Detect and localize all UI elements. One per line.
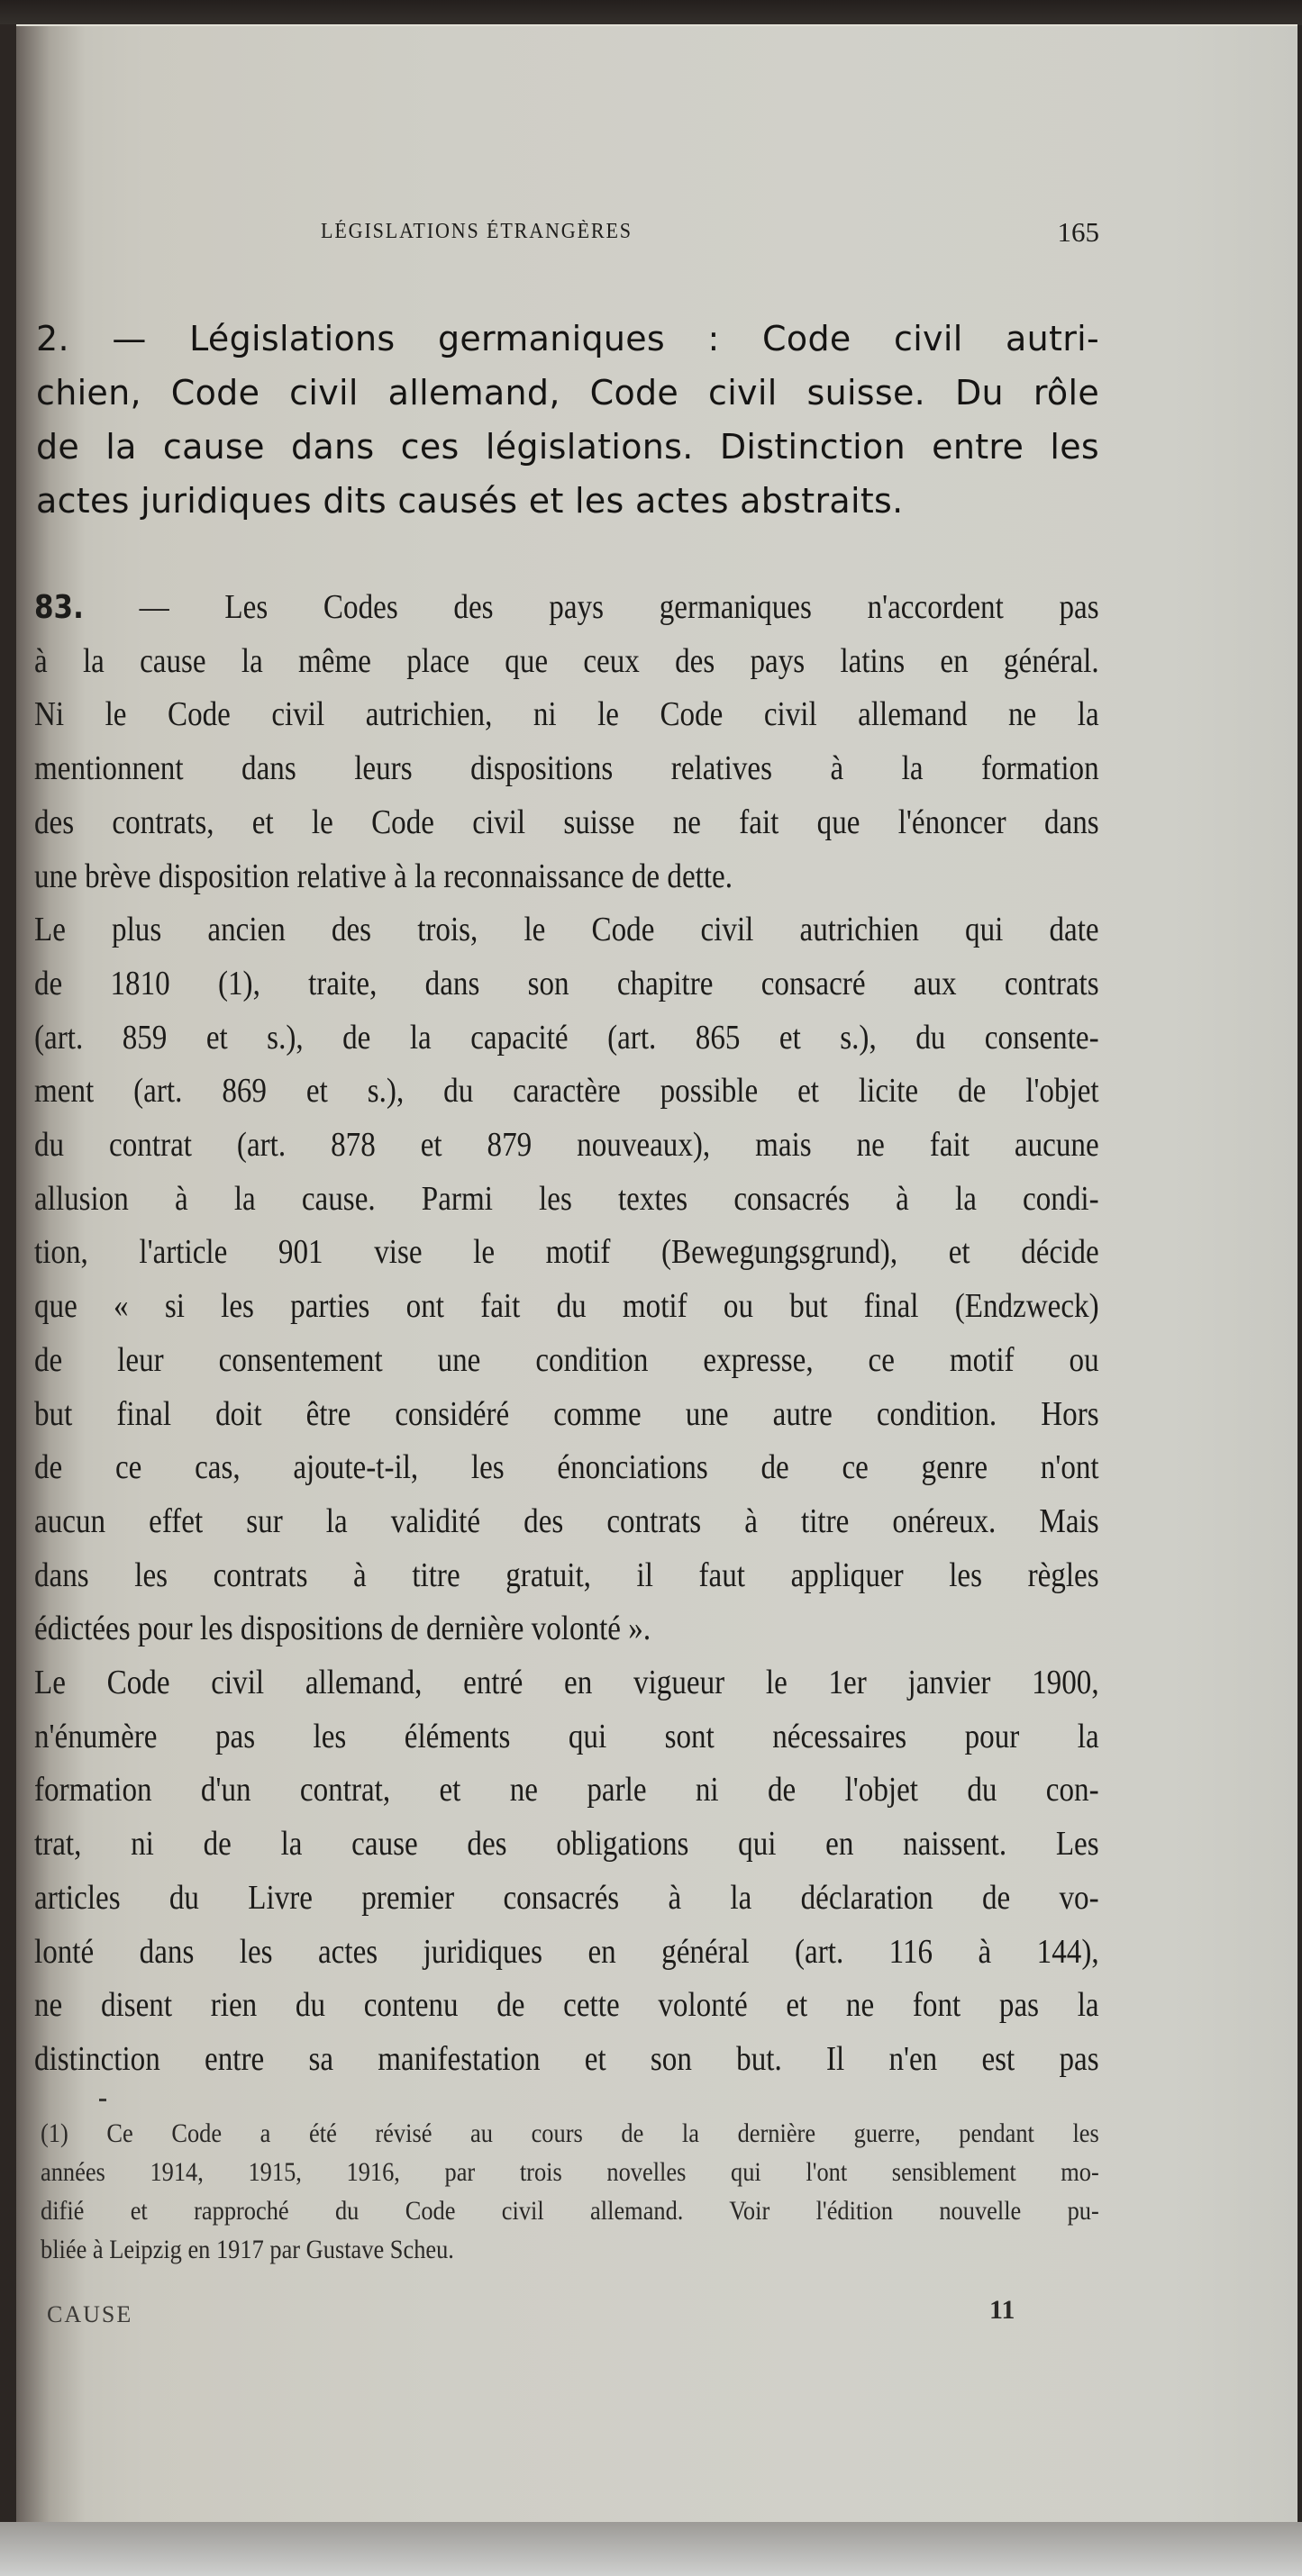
text-line: trat, ni de la cause des obligations qui… — [34, 1818, 1099, 1872]
body-text: 83. — Les Codes des pays germaniques n'a… — [34, 581, 1099, 2087]
text-line: aucun effet sur la validité des contrats… — [34, 1495, 1099, 1549]
footnotes: (1) Ce Code a été révisé au cours de la … — [41, 2114, 1099, 2269]
running-title: Législations étrangères — [321, 220, 633, 244]
text-line: allusion à la cause. Parmi les textes co… — [34, 1173, 1099, 1227]
sheet-number: 11 — [989, 2295, 1015, 2326]
running-head: Législations étrangères 165 — [321, 216, 1099, 252]
table-surface — [0, 2522, 1302, 2576]
text-line: formation d'un contrat, et ne parle ni d… — [34, 1764, 1099, 1818]
footnote-line: difié et rapproché du Code civil alleman… — [41, 2191, 1099, 2230]
text-line: Le plus ancien des trois, le Code civil … — [34, 903, 1099, 957]
text-line: à la cause la même place que ceux des pa… — [34, 635, 1099, 689]
heading-line: actes juridiques dits causés et les acte… — [36, 474, 1099, 528]
heading-line: 2. — Législations germaniques : Code civ… — [36, 312, 1099, 366]
text-line: ne disent rien du contenu de cette volon… — [34, 1979, 1099, 2033]
footnote-line: bliée à Leipzig en 1917 par Gustave Sche… — [41, 2230, 1099, 2269]
text-line: une brève disposition relative à la reco… — [34, 850, 1099, 904]
text-line: but final doit être considéré comme une … — [34, 1388, 1099, 1442]
text-line: de 1810 (1), traite, dans son chapitre c… — [34, 957, 1099, 1011]
section-heading: 2. — Législations germaniques : Code civ… — [36, 312, 1099, 528]
text-line: mentionnent dans leurs dispositions rela… — [34, 742, 1099, 796]
text-line: (art. 859 et s.), de la capacité (art. 8… — [34, 1011, 1099, 1066]
text-line: ment (art. 869 et s.), du caractère poss… — [34, 1065, 1099, 1119]
printer-signature: Cause — [47, 2301, 132, 2328]
paragraph-number: 83. — [34, 589, 84, 626]
spine-shadow — [0, 24, 16, 2524]
heading-line: de la cause dans ces législations. Disti… — [36, 420, 1099, 474]
text-line: dans les contrats à titre gratuit, il fa… — [34, 1549, 1099, 1603]
text-line: des contrats, et le Code civil suisse ne… — [34, 796, 1099, 850]
text-line: n'énumère pas les éléments qui sont néce… — [34, 1710, 1099, 1764]
footnote-line: années 1914, 1915, 1916, par trois novel… — [41, 2153, 1099, 2191]
text-line: de ce cas, ajoute-t-il, les énonciations… — [34, 1441, 1099, 1495]
text-line: du contrat (art. 878 et 879 nouveaux), m… — [34, 1119, 1099, 1173]
footnote-rule — [99, 2099, 106, 2101]
text-line: lonté dans les actes juridiques en génér… — [34, 1926, 1099, 1980]
text-line: Le Code civil allemand, entré en vigueur… — [34, 1656, 1099, 1710]
text-line: de leur consentement une condition expre… — [34, 1334, 1099, 1388]
heading-line: chien, Code civil allemand, Code civil s… — [36, 366, 1099, 420]
footnote-line: (1) Ce Code a été révisé au cours de la … — [41, 2114, 1099, 2153]
text-line: que « si les parties ont fait du motif o… — [34, 1280, 1099, 1334]
text-line: 83. — Les Codes des pays germaniques n'a… — [34, 581, 1099, 635]
page-number: 165 — [1058, 216, 1100, 249]
text-line: distinction entre sa manifestation et so… — [34, 2033, 1099, 2087]
text-line: tion, l'article 901 vise le motif (Beweg… — [34, 1226, 1099, 1280]
book-top-edge — [0, 0, 1302, 25]
text-line: édictées pour les dispositions de derniè… — [34, 1602, 1099, 1656]
text-line: articles du Livre premier consacrés à la… — [34, 1872, 1099, 1926]
text-line: Ni le Code civil autrichien, ni le Code … — [34, 688, 1099, 742]
